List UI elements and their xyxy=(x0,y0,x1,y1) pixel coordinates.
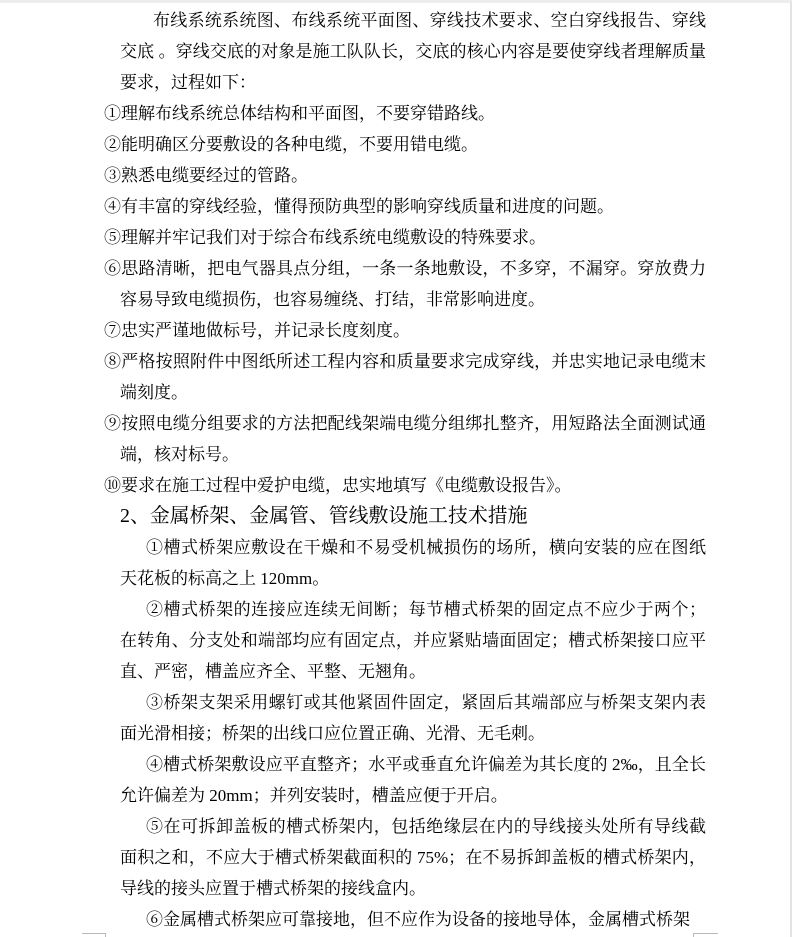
list-item-1-3: ③熟悉电缆要经过的管路。 xyxy=(120,160,706,191)
document-body: 布线系统系统图、布线系统平面图、穿线技术要求、空白穿线报告、穿线交底 。穿线交底… xyxy=(120,5,706,935)
intro-paragraph: 布线系统系统图、布线系统平面图、穿线技术要求、空白穿线报告、穿线交底 。穿线交底… xyxy=(120,5,706,98)
list-item-1-7: ⑦忠实严谨地做标号，并记录长度刻度。 xyxy=(120,315,706,346)
list-item-1-10: ⑩要求在施工过程中爱护电缆，忠实地填写《电缆敷设报告》。 xyxy=(120,470,706,501)
margin-crop-mark-left xyxy=(82,933,106,937)
section-heading: 2、金属桥架、金属管、管线敷设施工技术措施 xyxy=(120,501,706,532)
list-item-2-1: ①槽式桥架应敷设在干燥和不易受机械损伤的场所，横向安装的应在图纸天花板的标高之上… xyxy=(120,532,706,594)
list-item-2-4: ④槽式桥架敷设应平直整齐；水平或垂直允许偏差为其长度的 2‰，且全长允许偏差为 … xyxy=(120,749,706,811)
list-item-2-2: ②槽式桥架的连接应连续无间断；每节槽式桥架的固定点不应少于两个；在转角、分支处和… xyxy=(120,594,706,687)
list-item-1-6: ⑥思路清晰，把电气器具点分组，一条一条地敷设，不多穿，不漏穿。穿放费力容易导致电… xyxy=(120,253,706,315)
list-item-2-3: ③桥架支架采用螺钉或其他紧固件固定，紧固后其端部应与桥架支架内表面光滑相接；桥架… xyxy=(120,687,706,749)
list-item-1-1: ①理解布线系统总体结构和平面图，不要穿错路线。 xyxy=(120,98,706,129)
list-item-1-5: ⑤理解并牢记我们对于综合布线系统电缆敷设的特殊要求。 xyxy=(120,222,706,253)
list-item-2-5: ⑤在可拆卸盖板的槽式桥架内，包括绝缘层在内的导线接头处所有导线截面积之和，不应大… xyxy=(120,811,706,904)
list-item-1-8: ⑧严格按照附件中图纸所述工程内容和质量要求完成穿线，并忠实地记录电缆末端刻度。 xyxy=(120,346,706,408)
margin-crop-mark-right xyxy=(693,933,718,937)
list-item-1-2: ②能明确区分要敷设的各种电缆，不要用错电缆。 xyxy=(120,129,706,160)
list-item-2-6: ⑥金属槽式桥架应可靠接地，但不应作为设备的接地导体，金属槽式桥架 xyxy=(120,904,706,935)
list-item-1-9: ⑨按照电缆分组要求的方法把配线架端电缆分组绑扎整齐，用短路法全面测试通端，核对标… xyxy=(120,408,706,470)
document-page: 布线系统系统图、布线系统平面图、穿线技术要求、空白穿线报告、穿线交底 。穿线交底… xyxy=(0,0,792,937)
list-item-1-4: ④有丰富的穿线经验，懂得预防典型的影响穿线质量和进度的问题。 xyxy=(120,191,706,222)
